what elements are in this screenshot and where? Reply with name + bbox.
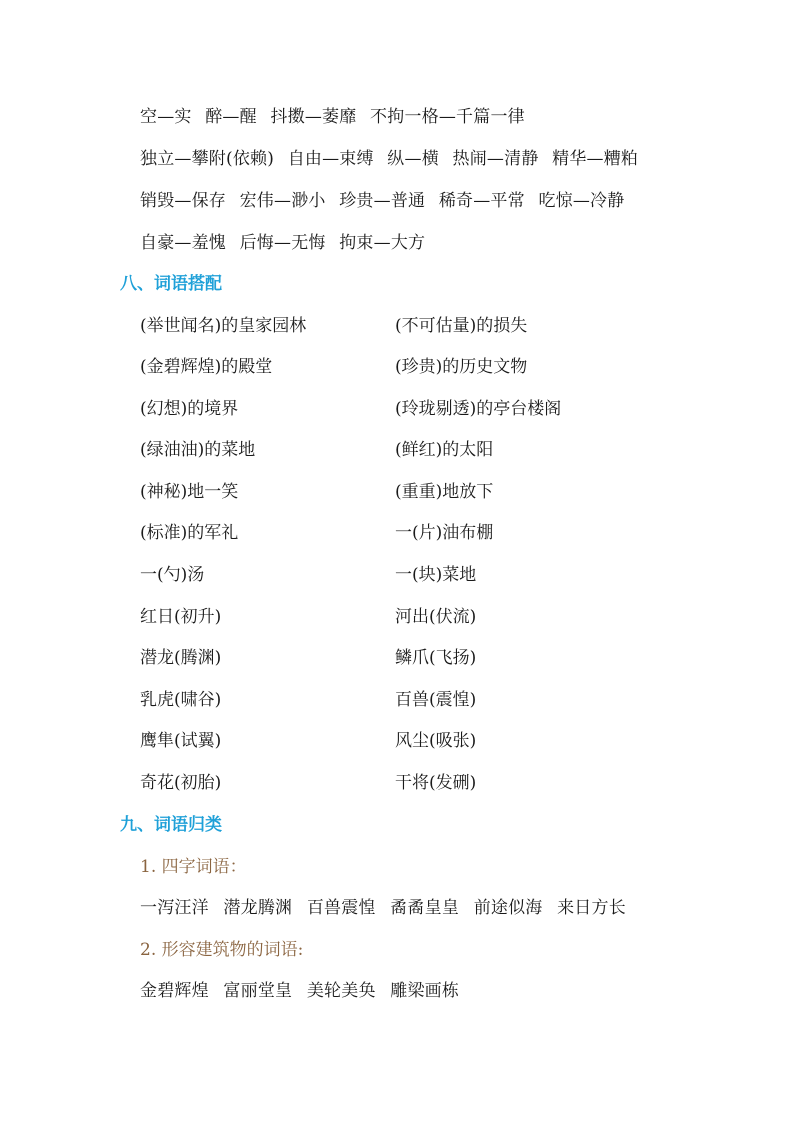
section-heading-word-classification: 九、词语归类 (120, 813, 222, 837)
collocation-right: 风尘(吸张) (395, 729, 476, 753)
section-heading-word-collocation: 八、词语搭配 (120, 272, 222, 296)
collocation-left: (金碧辉煌)的殿堂 (140, 355, 272, 379)
word: 潜龙腾渊 (223, 898, 292, 918)
word: 百兽震惶 (307, 898, 376, 918)
antonym-pair: 醉—醒 (205, 107, 257, 127)
collocation-left: (幻想)的境界 (140, 397, 238, 421)
collocation-left: (标准)的军礼 (140, 521, 238, 545)
collocation-right: (珍贵)的历史文物 (395, 355, 527, 379)
antonym-pair: 空—实 (140, 107, 192, 127)
antonym-line: 销毁—保存 宏伟—渺小 珍贵—普通 稀奇—平常 吃惊—冷静 (140, 189, 632, 213)
word: 来日方长 (557, 898, 626, 918)
group-label-four-char-words: 1. 四字词语： (140, 855, 247, 879)
collocation-right: (鲜红)的太阳 (395, 438, 493, 462)
antonym-pair: 纵—横 (387, 149, 439, 169)
antonym-pair: 后悔—无悔 (240, 233, 326, 253)
antonym-line: 自豪—羞愧 后悔—无悔 拘束—大方 (140, 231, 433, 255)
antonym-pair: 珍贵—普通 (339, 191, 425, 211)
collocation-left: (举世闻名)的皇家园林 (140, 314, 306, 338)
collocation-right: 百兽(震惶) (395, 688, 476, 712)
word: 金碧辉煌 (140, 981, 209, 1001)
collocation-right: (不可估量)的损失 (395, 314, 527, 338)
antonym-pair: 拘束—大方 (339, 233, 425, 253)
antonym-pair: 稀奇—平常 (439, 191, 525, 211)
collocation-left: 一(勺)汤 (140, 563, 204, 587)
word-list-four-char: 一泻汪洋 潜龙腾渊 百兽震惶 矞矞皇皇 前途似海 来日方长 (140, 896, 635, 920)
antonym-pair: 自由—束缚 (288, 149, 374, 169)
word: 富丽堂皇 (223, 981, 292, 1001)
collocation-left: 奇花(初胎) (140, 771, 221, 795)
collocation-right: 一(片)油布棚 (395, 521, 493, 545)
collocation-left: 红日(初升) (140, 605, 221, 629)
antonym-line: 独立—攀附(依赖) 自由—束缚 纵—横 热闹—清静 精华—糟粕 (140, 147, 646, 171)
word: 一泻汪洋 (140, 898, 209, 918)
word: 前途似海 (474, 898, 543, 918)
collocation-right: 鳞爪(飞扬) (395, 646, 476, 670)
antonym-pair: 独立—攀附(依赖) (140, 149, 274, 169)
collocation-left: (绿油油)的菜地 (140, 438, 255, 462)
word: 雕梁画栋 (390, 981, 459, 1001)
antonym-pair: 自豪—羞愧 (140, 233, 226, 253)
antonym-pair: 精华—糟粕 (552, 149, 638, 169)
word: 矞矞皇皇 (390, 898, 459, 918)
antonym-pair: 销毁—保存 (140, 191, 226, 211)
antonym-pair: 吃惊—冷静 (538, 191, 624, 211)
collocation-right: 一(块)菜地 (395, 563, 476, 587)
word: 美轮美奂 (307, 981, 376, 1001)
collocation-left: (神秘)地一笑 (140, 480, 238, 504)
antonym-pair: 不拘一格—千篇一律 (370, 107, 525, 127)
word-list-building: 金碧辉煌 富丽堂皇 美轮美奂 雕梁画栋 (140, 979, 468, 1003)
antonym-line: 空—实 醉—醒 抖擞—萎靡 不拘一格—千篇一律 (140, 105, 533, 129)
collocation-right: 河出(伏流) (395, 605, 476, 629)
antonym-pair: 宏伟—渺小 (240, 191, 326, 211)
collocation-left: 鹰隼(试翼) (140, 729, 221, 753)
group-label-building-words: 2. 形容建筑物的词语: (140, 938, 303, 962)
antonym-pair: 热闹—清静 (453, 149, 539, 169)
collocation-left: 潜龙(腾渊) (140, 646, 221, 670)
document-page: 空—实 醉—醒 抖擞—萎靡 不拘一格—千篇一律 独立—攀附(依赖) 自由—束缚 … (0, 0, 793, 1122)
collocation-right: (重重)地放下 (395, 480, 493, 504)
collocation-left: 乳虎(啸谷) (140, 688, 221, 712)
antonym-pair: 抖擞—萎靡 (270, 107, 356, 127)
collocation-right: (玲珑剔透)的亭台楼阁 (395, 397, 561, 421)
collocation-right: 干将(发硎) (395, 771, 476, 795)
